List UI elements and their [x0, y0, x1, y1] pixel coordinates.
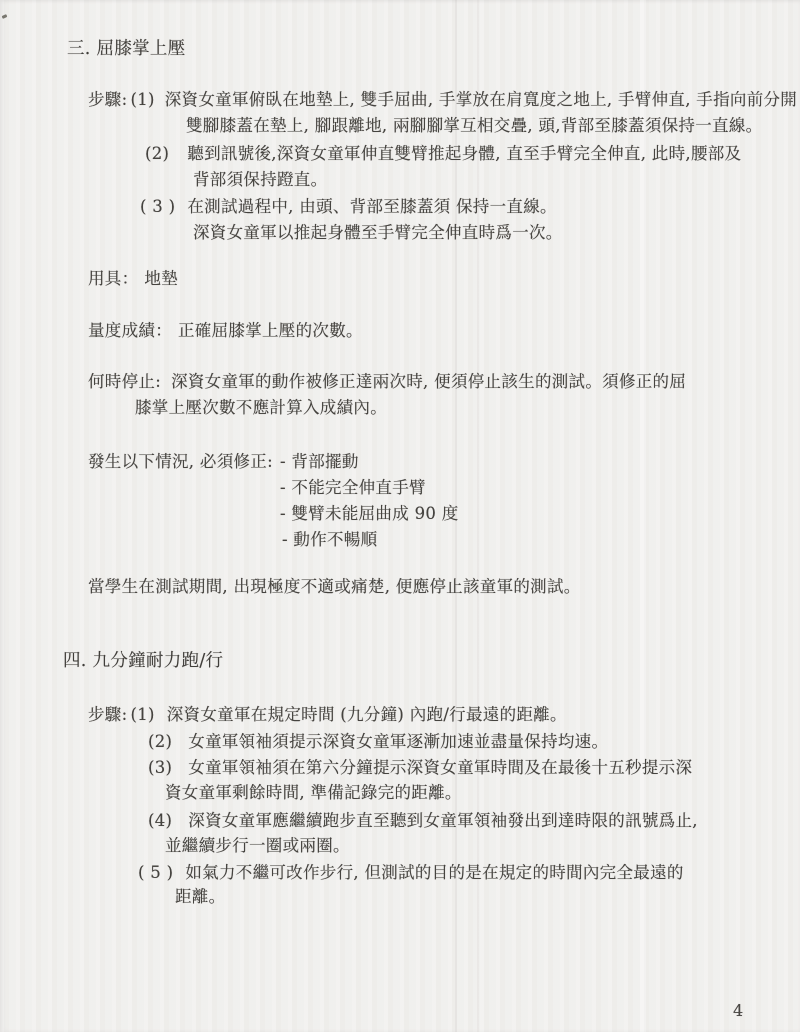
section4-step5-line1: ( 5 )如氣力不繼可改作步行, 但測試的目的是在規定的時間內完全最遠的: [138, 862, 684, 884]
scoring-label: 量度成績：: [88, 320, 172, 342]
section4-step3-line1: (3)女童軍領袖須在第六分鐘提示深資女童軍時間及在最後十五秒提示深: [148, 757, 692, 779]
section4-step3-line2: 資女童軍剩餘時間, 準備記錄完的距離。: [165, 782, 462, 804]
section3-step3-line2: 深資女童軍以推起身體至手臂完全伸直時爲一次。: [193, 222, 563, 244]
section4-step4-line2: 並繼續步行一圈或兩圈。: [165, 835, 350, 857]
step-marker: (1): [130, 704, 154, 726]
section4-step2-line1: (2)女童軍領袖須提示深資女童軍逐漸加速並盡量保持均速。: [148, 731, 608, 753]
stop-label: 何時停止:: [88, 371, 161, 393]
step-text: 女童軍領袖須提示深資女童軍逐漸加速並盡量保持均速。: [188, 731, 608, 753]
page-number: 4: [733, 1000, 743, 1022]
section4-heading: 四. 九分鐘耐力跑/行: [63, 650, 223, 672]
section3-heading: 三. 屈膝掌上壓: [67, 38, 186, 60]
step-marker: ( 3 ): [140, 196, 175, 218]
step-marker: (1): [130, 89, 154, 111]
steps-label: 步驟:: [88, 89, 127, 111]
step-text: 深資女童軍俯臥在地墊上, 雙手屈曲, 手掌放在肩寬度之地上, 手臂伸直, 手指向…: [165, 89, 797, 111]
stop-text: 深資女童軍的動作被修正達兩次時, 便須停止該生的測試。須修正的屈: [171, 371, 686, 393]
steps-label: 步驟:: [88, 704, 127, 726]
step-marker: ( 5 ): [138, 862, 173, 884]
step-text: 深資女童軍在規定時間 (九分鐘) 內跑/行最遠的距離。: [167, 704, 567, 726]
stop-line1: 何時停止:深資女童軍的動作被修正達兩次時, 便須停止該生的測試。須修正的屈: [88, 371, 686, 393]
section4-step4-line1: (4)深資女童軍應繼續跑步直至聽到女童軍領袖發出到達時限的訊號爲止,: [148, 810, 698, 832]
equipment-line: 用具：地墊: [88, 268, 178, 290]
step-marker: (2): [145, 143, 169, 165]
correction-item: - 雙臂未能屈曲成 90 度: [280, 503, 459, 525]
section3-step2-line2: 背部須保持蹬直。: [193, 169, 327, 191]
correction-item: - 動作不暢順: [282, 529, 377, 551]
equipment-value: 地墊: [144, 268, 178, 290]
scanned-document-page: 三. 屈膝掌上壓 步驟:(1)深資女童軍俯臥在地墊上, 雙手屈曲, 手掌放在肩寬…: [0, 0, 800, 1032]
section4-step1-line1: 步驟:(1)深資女童軍在規定時間 (九分鐘) 內跑/行最遠的距離。: [88, 704, 567, 726]
step-text: 聽到訊號後,深資女童軍伸直雙臂推起身體, 直至手臂完全伸直, 此時,腰部及: [187, 143, 741, 165]
stop-line2: 膝掌上壓次數不應計算入成績內。: [135, 397, 387, 419]
scoring-value: 正確屈膝掌上壓的次數。: [178, 320, 363, 342]
scoring-line: 量度成績：正確屈膝掌上壓的次數。: [88, 320, 363, 342]
equipment-label: 用具：: [88, 268, 138, 290]
correction-item: - 不能完全伸直手臂: [280, 477, 426, 499]
step-marker: (2): [148, 731, 172, 753]
section3-note: 當學生在測試期間, 出現極度不適或痛楚, 便應停止該童軍的測試。: [88, 576, 581, 598]
step-text: 深資女童軍應繼續跑步直至聽到女童軍領袖發出到達時限的訊號爲止,: [188, 810, 698, 832]
section4-step5-line2: 距離。: [175, 886, 225, 908]
section3-step2-line1: (2)聽到訊號後,深資女童軍伸直雙臂推起身體, 直至手臂完全伸直, 此時,腰部及: [145, 143, 741, 165]
step-text: 如氣力不繼可改作步行, 但測試的目的是在規定的時間內完全最遠的: [185, 862, 683, 884]
step-text: 在測試過程中, 由頭、背部至膝蓋須 保持一直線。: [187, 196, 556, 218]
section3-step1-line1: 步驟:(1)深資女童軍俯臥在地墊上, 雙手屈曲, 手掌放在肩寬度之地上, 手臂伸…: [88, 89, 797, 111]
section3-step3-line1: ( 3 )在測試過程中, 由頭、背部至膝蓋須 保持一直線。: [140, 196, 557, 218]
step-text: 女童軍領袖須在第六分鐘提示深資女童軍時間及在最後十五秒提示深: [188, 757, 692, 779]
correction-label: 發生以下情況, 必須修正:: [88, 451, 273, 473]
correction-item: - 背部擺動: [280, 451, 359, 473]
step-marker: (4): [148, 810, 172, 832]
section3-step1-line2: 雙腳膝蓋在墊上, 腳跟離地, 兩腳腳掌互相交疊, 頭,背部至膝蓋須保持一直線。: [186, 115, 762, 137]
step-marker: (3): [148, 757, 172, 779]
scan-speck: [2, 14, 8, 19]
